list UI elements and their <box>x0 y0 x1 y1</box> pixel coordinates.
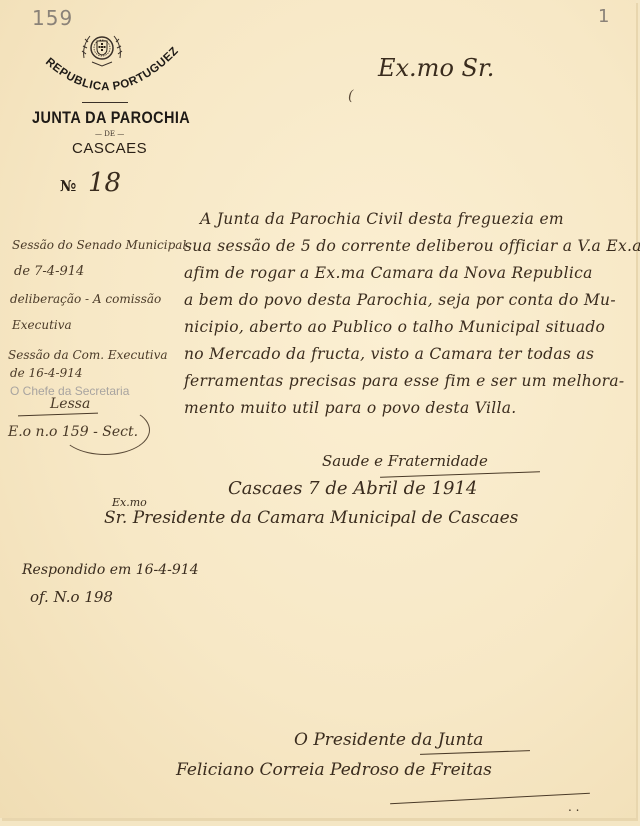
body-line: ferramentas precisas para esse fim e ser… <box>184 372 624 390</box>
signature-dots: . . <box>568 800 579 814</box>
connector-word: — DE — <box>95 130 124 138</box>
body-line: sua sessão de 5 do corrente deliberou of… <box>184 237 640 255</box>
body-line: mento muito util para o povo desta Villa… <box>184 399 517 417</box>
reference-label: № <box>60 177 76 195</box>
title-underline <box>420 750 530 755</box>
closing-greeting: Saude e Fraternidade <box>322 452 488 470</box>
locality-name: CASCAES <box>72 140 147 157</box>
svg-text:REPUBLICA PORTUGUEZA: REPUBLICA PORTUGUEZA <box>30 42 181 93</box>
entry-loop <box>60 405 150 455</box>
connector-text: DE <box>104 130 115 138</box>
signature-flourish <box>390 793 590 804</box>
body-line: A Junta da Parochia Civil desta freguezi… <box>200 210 564 228</box>
institution-name: JUNTA DA PAROCHIA <box>32 108 190 128</box>
place-date: Cascaes 7 de Abril de 1914 <box>228 478 477 499</box>
letterhead-divider <box>82 102 128 103</box>
folio-number: 159 <box>32 6 73 30</box>
body-line: nicipio, aberto ao Publico o talho Munic… <box>184 318 605 336</box>
margin-note: de 7-4-914 <box>14 264 84 279</box>
addressee-line: Sr. Presidente da Camara Municipal de Ca… <box>104 508 518 528</box>
body-line: no Mercado da fructa, visto a Camara ter… <box>184 345 594 363</box>
greeting-underline <box>380 471 540 478</box>
signatory-name: Feliciano Correia Pedroso de Freitas <box>176 760 492 780</box>
margin-note: Sessão do Senado Municipal <box>12 238 186 252</box>
margin-note: deliberação - A comissão <box>10 292 161 306</box>
signatory-title: O Presidente da Junta <box>294 730 483 750</box>
document-page: 159 1 REPUBLICA PORTUGUEZA REPUBLICA POR… <box>0 0 636 818</box>
margin-note: Sessão da Com. Executiva <box>8 348 168 362</box>
body-line: afim de rogar a Ex.ma Camara da Nova Rep… <box>184 264 593 282</box>
body-line: a bem do povo desta Parochia, seja por c… <box>184 291 616 309</box>
pencil-mark: ( <box>348 88 353 104</box>
page-number: 1 <box>598 6 610 27</box>
reference-number: 18 <box>88 168 121 198</box>
margin-note: Executiva <box>12 318 72 332</box>
reply-note: Respondido em 16-4-914 <box>22 562 199 578</box>
reply-office-number: of. N.o 198 <box>30 588 113 606</box>
salutation: Ex.mo Sr. <box>378 54 494 82</box>
margin-note: de 16-4-914 <box>10 366 83 380</box>
